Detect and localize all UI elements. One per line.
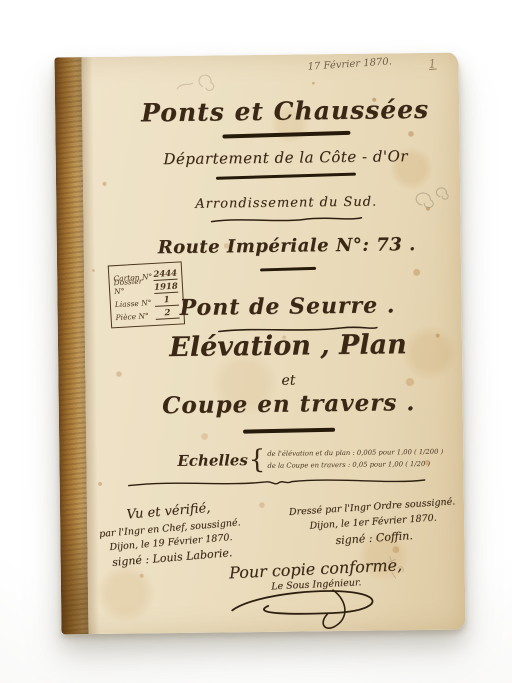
document-cover: 17 Février 1870. 1 Ponts et Chaussées Dé… — [54, 53, 465, 635]
scales-swash-underline — [126, 475, 428, 489]
drawing-title-line3: Coupe en travers . — [124, 389, 454, 420]
administration-underline — [222, 131, 350, 138]
author-note: Dressé par l'Ingr Ordre soussigné. Dijon… — [281, 495, 466, 553]
scales-block: Echelles { de l'élévation et du plan : 0… — [177, 443, 437, 476]
stamp-value: 1918 — [154, 282, 179, 294]
pencil-spiral-doodles-icon — [410, 185, 452, 216]
pencil-scribble-icon — [173, 72, 231, 95]
photo-background: 17 Février 1870. 1 Ponts et Chaussées Dé… — [0, 0, 512, 683]
scales-lines: de l'élévation et du plan : 0,005 pour 1… — [267, 446, 443, 473]
arrondissement-line: Arrondissement du Sud. — [121, 194, 451, 213]
route-underline — [260, 267, 316, 271]
drawing-title-line1: Elévation , Plan — [123, 329, 453, 364]
signature-flourish-icon — [214, 581, 397, 631]
scales-brace: { — [249, 445, 266, 475]
drawing-title-line2: et — [123, 371, 453, 391]
page-number: 1 — [428, 57, 437, 72]
scales-label: Echelles — [177, 451, 248, 470]
subject-title: Pont de Seurre . — [122, 292, 452, 322]
handwritten-date-note: 17 Février 1870. — [307, 53, 437, 72]
stamp-value: 2444 — [153, 269, 178, 281]
scale-elevation-plan: de l'élévation et du plan : 0,005 pour 1… — [267, 448, 443, 458]
department-line: Département de la Côte - d'Or — [121, 147, 451, 169]
route-line: Route Impériale N°: 73 . — [122, 234, 452, 259]
scale-cross-section: de la Coupe en travers : 0,05 pour 1,00 … — [267, 460, 430, 470]
arrondissement-swash-underline — [208, 215, 364, 225]
administration-title: Ponts et Chaussées — [120, 95, 450, 128]
drawing-title-underline — [243, 428, 335, 433]
department-underline — [216, 173, 356, 180]
stamp-label: Dossier N° — [113, 276, 154, 296]
